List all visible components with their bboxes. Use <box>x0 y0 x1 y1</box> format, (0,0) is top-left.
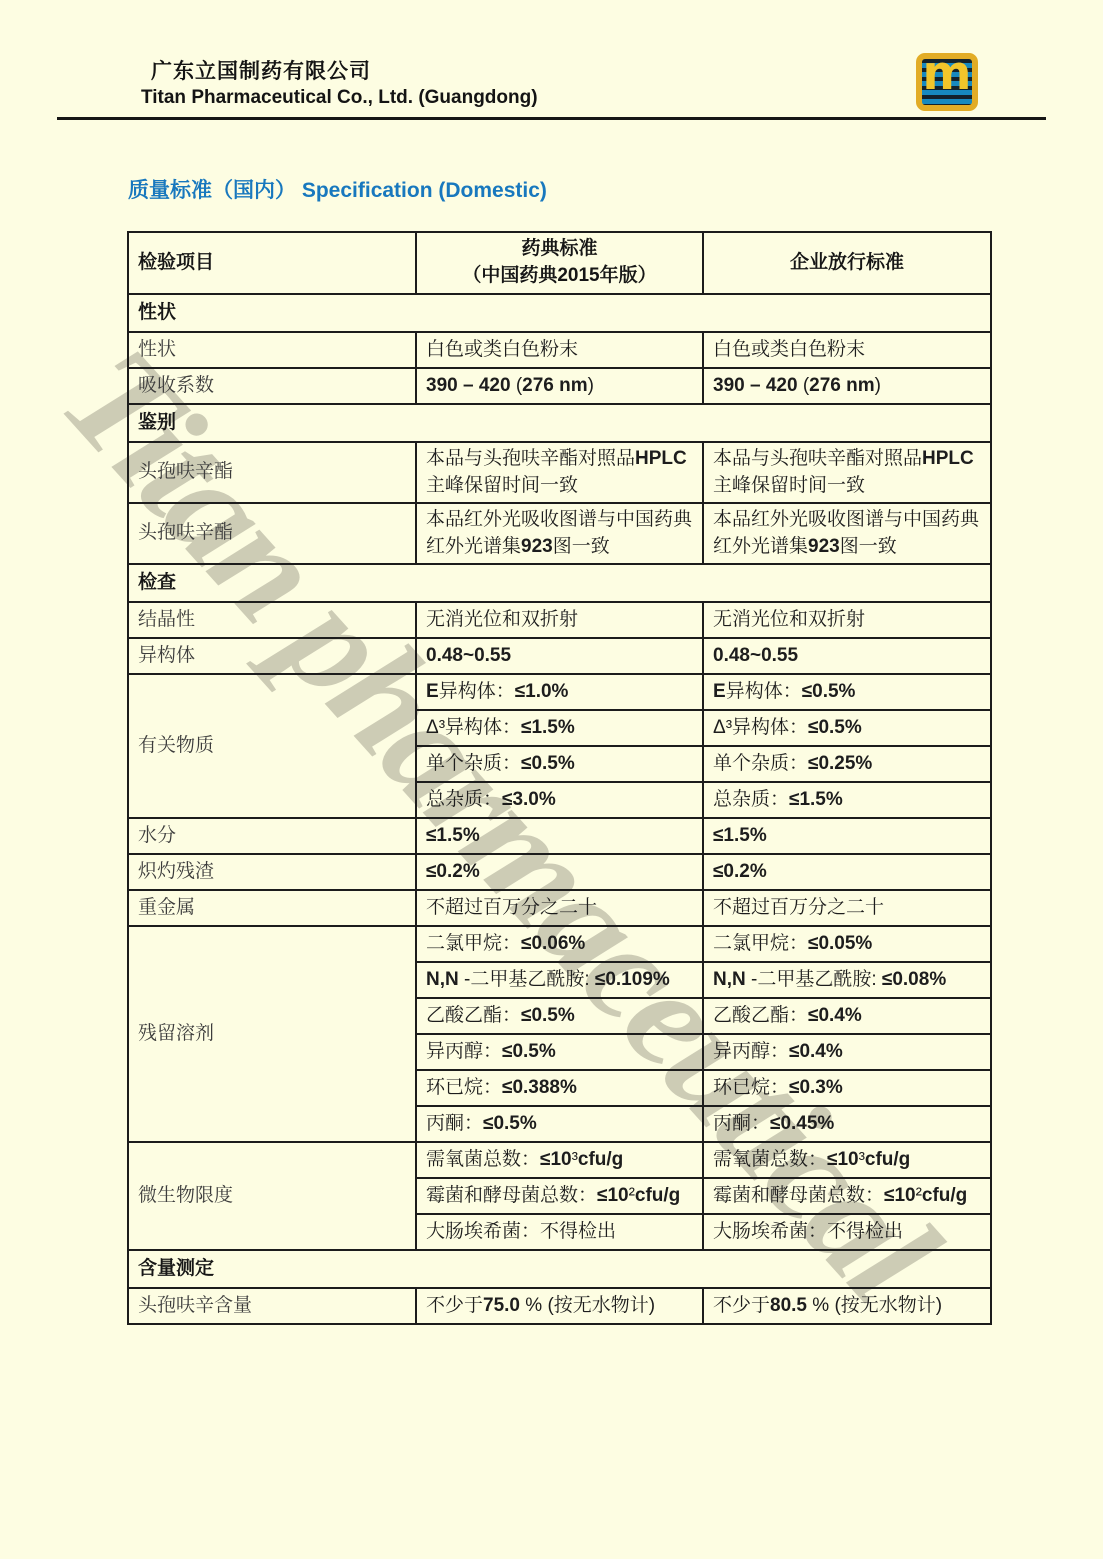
ent-value-cell: 霉菌和酵母菌总数：≤10²cfu/g <box>703 1178 991 1214</box>
table-row: 头孢呋辛酯本品红外光吸收图谱与中国药典红外光谱集923图一致本品红外光吸收图谱与… <box>128 503 991 564</box>
pharm-value-cell: 单个杂质：≤0.5% <box>416 746 703 782</box>
pharm-value-cell: 本品红外光吸收图谱与中国药典红外光谱集923图一致 <box>416 503 703 564</box>
page: { "header": { "company_cn": "广东立国制药有限公司"… <box>0 0 1103 1559</box>
pharm-value-cell: 无消光位和双折射 <box>416 602 703 638</box>
ent-value-cell: 异丙醇：≤0.4% <box>703 1034 991 1070</box>
table-row: 异构体0.48~0.550.48~0.55 <box>128 638 991 674</box>
section-label: 性状 <box>128 294 991 332</box>
row-label-cell: 重金属 <box>128 890 416 926</box>
ent-value-cell: 390 – 420 (276 nm) <box>703 368 991 404</box>
pharm-value-cell: 390 – 420 (276 nm) <box>416 368 703 404</box>
table-header-row: 检验项目 药典标准 （中国药典2015年版） 企业放行标准 <box>128 232 991 294</box>
table-row: 头孢呋辛含量不少于75.0 % (按无水物计)不少于80.5 % (按无水物计) <box>128 1288 991 1324</box>
ent-value-cell: 单个杂质：≤0.25% <box>703 746 991 782</box>
row-label-cell: 残留溶剂 <box>128 926 416 1142</box>
logo-letter: m <box>922 53 972 97</box>
pharm-value-cell: 不超过百万分之二十 <box>416 890 703 926</box>
section-row: 鉴别 <box>128 404 991 442</box>
ent-value-cell: 不少于80.5 % (按无水物计) <box>703 1288 991 1324</box>
pharm-value-cell: E异构体：≤1.0% <box>416 674 703 710</box>
company-name-cn: 广东立国制药有限公司 <box>151 55 371 85</box>
section-row: 性状 <box>128 294 991 332</box>
ent-value-cell: 环已烷：≤0.3% <box>703 1070 991 1106</box>
row-label-cell: 头孢呋辛酯 <box>128 503 416 564</box>
ent-value-cell: E异构体：≤0.5% <box>703 674 991 710</box>
table-row: 头孢呋辛酯本品与头孢呋辛酯对照品HPLC主峰保留时间一致本品与头孢呋辛酯对照品H… <box>128 442 991 503</box>
table-row: 水分≤1.5%≤1.5% <box>128 818 991 854</box>
col-header-pharmacopoeia: 药典标准 （中国药典2015年版） <box>416 232 703 294</box>
table-row: 有关物质E异构体：≤1.0%E异构体：≤0.5% <box>128 674 991 710</box>
company-name-en: Titan Pharmaceutical Co., Ltd. (Guangdon… <box>141 87 538 109</box>
col-header-enterprise: 企业放行标准 <box>703 232 991 294</box>
pharm-value-cell: 需氧菌总数：≤10³cfu/g <box>416 1142 703 1178</box>
section-label: 含量测定 <box>128 1250 991 1288</box>
pharm-value-cell: Δ³异构体：≤1.5% <box>416 710 703 746</box>
table-row: 炽灼残渣≤0.2%≤0.2% <box>128 854 991 890</box>
pharm-value-cell: 大肠埃希菌：不得检出 <box>416 1214 703 1250</box>
row-label-cell: 结晶性 <box>128 602 416 638</box>
ent-value-cell: 本品与头孢呋辛酯对照品HPLC主峰保留时间一致 <box>703 442 991 503</box>
ent-value-cell: ≤0.2% <box>703 854 991 890</box>
ent-value-cell: 二氯甲烷：≤0.05% <box>703 926 991 962</box>
pharm-value-cell: 二氯甲烷：≤0.06% <box>416 926 703 962</box>
ent-value-cell: Δ³异构体：≤0.5% <box>703 710 991 746</box>
section-row: 检查 <box>128 564 991 602</box>
ent-value-cell: ≤1.5% <box>703 818 991 854</box>
ent-value-cell: 白色或类白色粉末 <box>703 332 991 368</box>
pharm-value-cell: 本品与头孢呋辛酯对照品HPLC主峰保留时间一致 <box>416 442 703 503</box>
pharm-value-cell: 异丙醇：≤0.5% <box>416 1034 703 1070</box>
row-label-cell: 异构体 <box>128 638 416 674</box>
row-label-cell: 炽灼残渣 <box>128 854 416 890</box>
row-label-cell: 头孢呋辛酯 <box>128 442 416 503</box>
pharm-value-cell: 总杂质：≤3.0% <box>416 782 703 818</box>
row-label-cell: 水分 <box>128 818 416 854</box>
table-row: 结晶性无消光位和双折射无消光位和双折射 <box>128 602 991 638</box>
spec-table: 检验项目 药典标准 （中国药典2015年版） 企业放行标准 性状性状白色或类白色… <box>127 231 992 1325</box>
ent-value-cell: 需氧菌总数：≤10³cfu/g <box>703 1142 991 1178</box>
ent-value-cell: 无消光位和双折射 <box>703 602 991 638</box>
pharm-value-cell: 霉菌和酵母菌总数：≤10²cfu/g <box>416 1178 703 1214</box>
table-row: 微生物限度需氧菌总数：≤10³cfu/g需氧菌总数：≤10³cfu/g <box>128 1142 991 1178</box>
ent-value-cell: 大肠埃希菌：不得检出 <box>703 1214 991 1250</box>
header-divider <box>57 117 1046 120</box>
spec-table-body: 性状性状白色或类白色粉末白色或类白色粉末吸收系数390 – 420 (276 n… <box>128 294 991 1324</box>
table-row: 残留溶剂二氯甲烷：≤0.06%二氯甲烷：≤0.05% <box>128 926 991 962</box>
pharm-value-cell: 环已烷：≤0.388% <box>416 1070 703 1106</box>
ent-value-cell: 不超过百万分之二十 <box>703 890 991 926</box>
row-label-cell: 性状 <box>128 332 416 368</box>
section-label: 检查 <box>128 564 991 602</box>
pharm-value-cell: 不少于75.0 % (按无水物计) <box>416 1288 703 1324</box>
pharm-value-cell: 丙酮：≤0.5% <box>416 1106 703 1142</box>
ent-value-cell: 丙酮：≤0.45% <box>703 1106 991 1142</box>
company-logo-icon: m <box>916 53 978 111</box>
section-label: 鉴别 <box>128 404 991 442</box>
table-row: 重金属不超过百万分之二十不超过百万分之二十 <box>128 890 991 926</box>
pharm-value-cell: N,N -二甲基乙酰胺: ≤0.109% <box>416 962 703 998</box>
ent-value-cell: 乙酸乙酯：≤0.4% <box>703 998 991 1034</box>
section-row: 含量测定 <box>128 1250 991 1288</box>
pharm-value-cell: 白色或类白色粉末 <box>416 332 703 368</box>
row-label-cell: 吸收系数 <box>128 368 416 404</box>
ent-value-cell: 本品红外光吸收图谱与中国药典红外光谱集923图一致 <box>703 503 991 564</box>
row-label-cell: 微生物限度 <box>128 1142 416 1250</box>
pharm-value-cell: 0.48~0.55 <box>416 638 703 674</box>
ent-value-cell: 总杂质：≤1.5% <box>703 782 991 818</box>
row-label-cell: 有关物质 <box>128 674 416 818</box>
pharm-value-cell: ≤1.5% <box>416 818 703 854</box>
pharm-value-cell: 乙酸乙酯：≤0.5% <box>416 998 703 1034</box>
ent-value-cell: N,N -二甲基乙酰胺: ≤0.08% <box>703 962 991 998</box>
col-header-item: 检验项目 <box>128 232 416 294</box>
pharm-value-cell: ≤0.2% <box>416 854 703 890</box>
table-row: 吸收系数390 – 420 (276 nm)390 – 420 (276 nm) <box>128 368 991 404</box>
page-title: 质量标准（国内） Specification (Domestic) <box>128 174 547 204</box>
ent-value-cell: 0.48~0.55 <box>703 638 991 674</box>
table-row: 性状白色或类白色粉末白色或类白色粉末 <box>128 332 991 368</box>
row-label-cell: 头孢呋辛含量 <box>128 1288 416 1324</box>
